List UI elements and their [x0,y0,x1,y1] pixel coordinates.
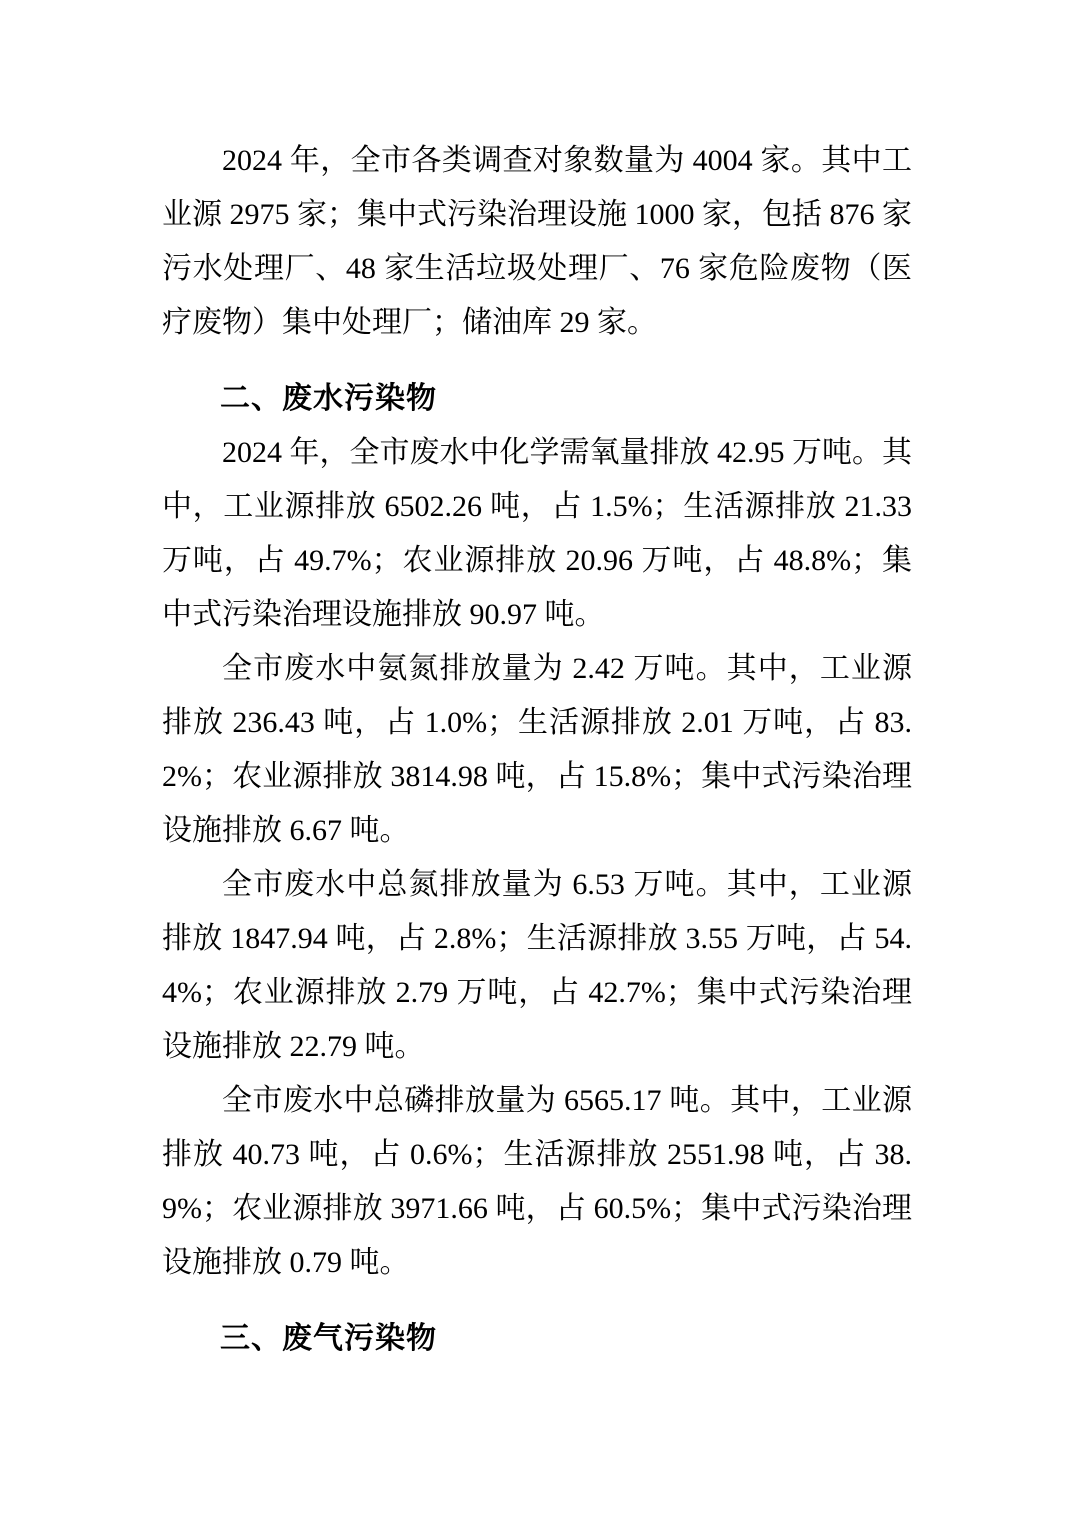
body-paragraph: 全市废水中总氮排放量为 6.53 万吨。其中，工业源排放 1847.94 吨，占… [162,858,912,1074]
body-paragraph: 全市废水中总磷排放量为 6565.17 吨。其中，工业源排放 40.73 吨，占… [162,1074,912,1290]
body-paragraph: 全市废水中氨氮排放量为 2.42 万吨。其中，工业源排放 236.43 吨，占 … [162,642,912,858]
document-page: 2024 年，全市各类调查对象数量为 4004 家。其中工业源 2975 家；集… [0,0,1074,1520]
section-heading: 三、废气污染物 [162,1312,912,1366]
body-paragraph: 2024 年，全市各类调查对象数量为 4004 家。其中工业源 2975 家；集… [162,134,912,350]
section-heading: 二、废水污染物 [162,372,912,426]
document-content: 2024 年，全市各类调查对象数量为 4004 家。其中工业源 2975 家；集… [162,134,912,1366]
body-paragraph: 2024 年，全市废水中化学需氧量排放 42.95 万吨。其中，工业源排放 65… [162,426,912,642]
